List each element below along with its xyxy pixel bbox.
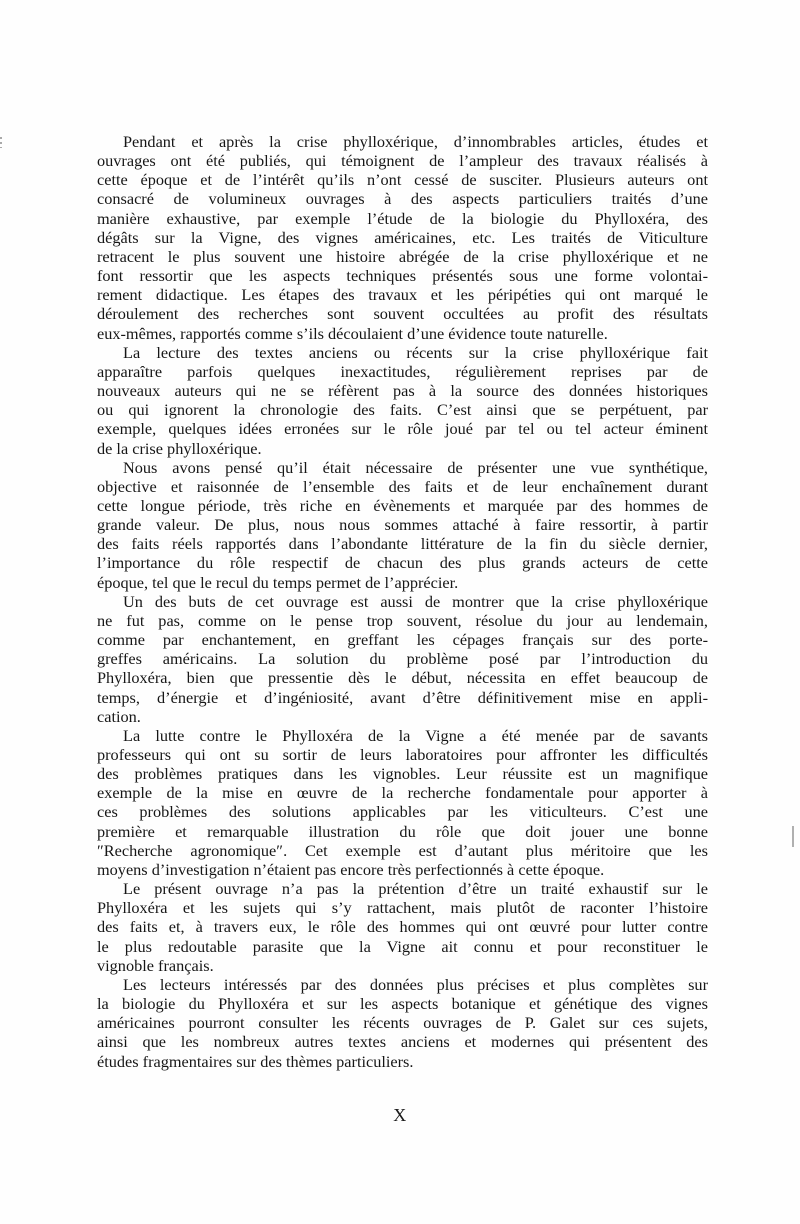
text-line: dégâts sur la Vigne, des vignes américai… xyxy=(97,228,708,247)
paragraph: Pendant et après la crise phylloxérique,… xyxy=(97,132,708,343)
text-line: rement didactique. Les étapes des travau… xyxy=(97,285,708,304)
paragraph: La lutte contre le Phylloxéra de la Vign… xyxy=(97,726,708,879)
page-number: X xyxy=(0,1105,800,1126)
text-line: greffes américains. La solution du probl… xyxy=(97,649,708,668)
paragraph: La lecture des textes anciens ou récents… xyxy=(97,343,708,458)
text-line: ainsi que les nombreux autres textes anc… xyxy=(97,1032,708,1051)
text-line: objective et raisonnée de l’ensemble des… xyxy=(97,477,708,496)
text-line: temps, d’énergie et d’ingéniosité, avant… xyxy=(97,688,708,707)
text-line: de la crise phylloxérique. xyxy=(97,439,708,458)
text-line: cette époque et de l’intérêt qu’ils n’on… xyxy=(97,170,708,189)
text-line: l’importance du rôle respectif de chacun… xyxy=(97,553,708,572)
text-line: ″Recherche agronomique″. Cet exemple est… xyxy=(97,841,708,860)
text-line: déroulement des recherches sont souvent … xyxy=(97,304,708,323)
text-line: consacré de volumineux ouvrages à des as… xyxy=(97,189,708,208)
text-line: moyens d’investigation n’étaient pas enc… xyxy=(97,860,708,879)
paragraph: Un des buts de cet ouvrage est aussi de … xyxy=(97,592,708,726)
text-line: retracent le plus souvent une histoire a… xyxy=(97,247,708,266)
text-line: Un des buts de cet ouvrage est aussi de … xyxy=(97,592,708,611)
text-line: des problèmes pratiques dans les vignobl… xyxy=(97,764,708,783)
text-line: vignoble français. xyxy=(97,956,708,975)
text-line: des faits réels rapportés dans l’abondan… xyxy=(97,534,708,553)
text-line: La lecture des textes anciens ou récents… xyxy=(97,343,708,362)
text-line: le plus redoutable parasite que la Vigne… xyxy=(97,937,708,956)
paragraph: Les lecteurs intéressés par des données … xyxy=(97,975,708,1071)
text-line: la biologie du Phylloxéra et sur les asp… xyxy=(97,994,708,1013)
text-line: nouveaux auteurs qui ne se réfèrent pas … xyxy=(97,381,708,400)
text-line: exemple, quelques idées erronées sur le … xyxy=(97,419,708,438)
text-line: Phylloxéra et les sujets qui s’y rattach… xyxy=(97,898,708,917)
text-line: américaines pourront consulter les récen… xyxy=(97,1013,708,1032)
text-line: études fragmentaires sur des thèmes part… xyxy=(97,1052,708,1071)
text-line: eux-mêmes, rapportés comme s’ils découla… xyxy=(97,324,708,343)
book-page: Pendant et après la crise phylloxérique,… xyxy=(0,0,800,1224)
text-line: ne fut pas, comme on le pense trop souve… xyxy=(97,611,708,630)
text-line: Le présent ouvrage n’a pas la prétention… xyxy=(97,879,708,898)
text-line: font ressortir que les aspects technique… xyxy=(97,266,708,285)
text-line: ou qui ignorent la chronologie des faits… xyxy=(97,400,708,419)
text-line: apparaître parfois quelques inexactitude… xyxy=(97,362,708,381)
paragraph: Nous avons pensé qu’il était nécessaire … xyxy=(97,458,708,592)
text-line: cation. xyxy=(97,707,708,726)
text-line: époque, tel que le recul du temps permet… xyxy=(97,573,708,592)
text-line: grande valeur. De plus, nous nous sommes… xyxy=(97,515,708,534)
text-line: des faits et, à travers eux, le rôle des… xyxy=(97,917,708,936)
paragraph: Le présent ouvrage n’a pas la prétention… xyxy=(97,879,708,975)
text-line: La lutte contre le Phylloxéra de la Vign… xyxy=(97,726,708,745)
text-line: cette longue période, très riche en évèn… xyxy=(97,496,708,515)
text-line: exemple de la mise en œuvre de la recher… xyxy=(97,783,708,802)
text-line: Pendant et après la crise phylloxérique,… xyxy=(97,132,708,151)
text-line: Nous avons pensé qu’il était nécessaire … xyxy=(97,458,708,477)
text-line: comme par enchantement, en greffant les … xyxy=(97,630,708,649)
text-line: ouvrages ont été publiés, qui témoignent… xyxy=(97,151,708,170)
text-line: Phylloxéra, bien que pressentie dès le d… xyxy=(97,668,708,687)
text-line: Les lecteurs intéressés par des données … xyxy=(97,975,708,994)
text-line: ces problèmes des solutions applicables … xyxy=(97,802,708,821)
text-block: Pendant et après la crise phylloxérique,… xyxy=(97,132,708,1071)
text-line: manière exhaustive, par exemple l’étude … xyxy=(97,209,708,228)
text-line: première et remarquable illustration du … xyxy=(97,822,708,841)
text-line: professeurs qui ont su sortir de leurs l… xyxy=(97,745,708,764)
scan-artifact-left xyxy=(0,137,2,148)
scan-artifact-right xyxy=(792,826,794,847)
